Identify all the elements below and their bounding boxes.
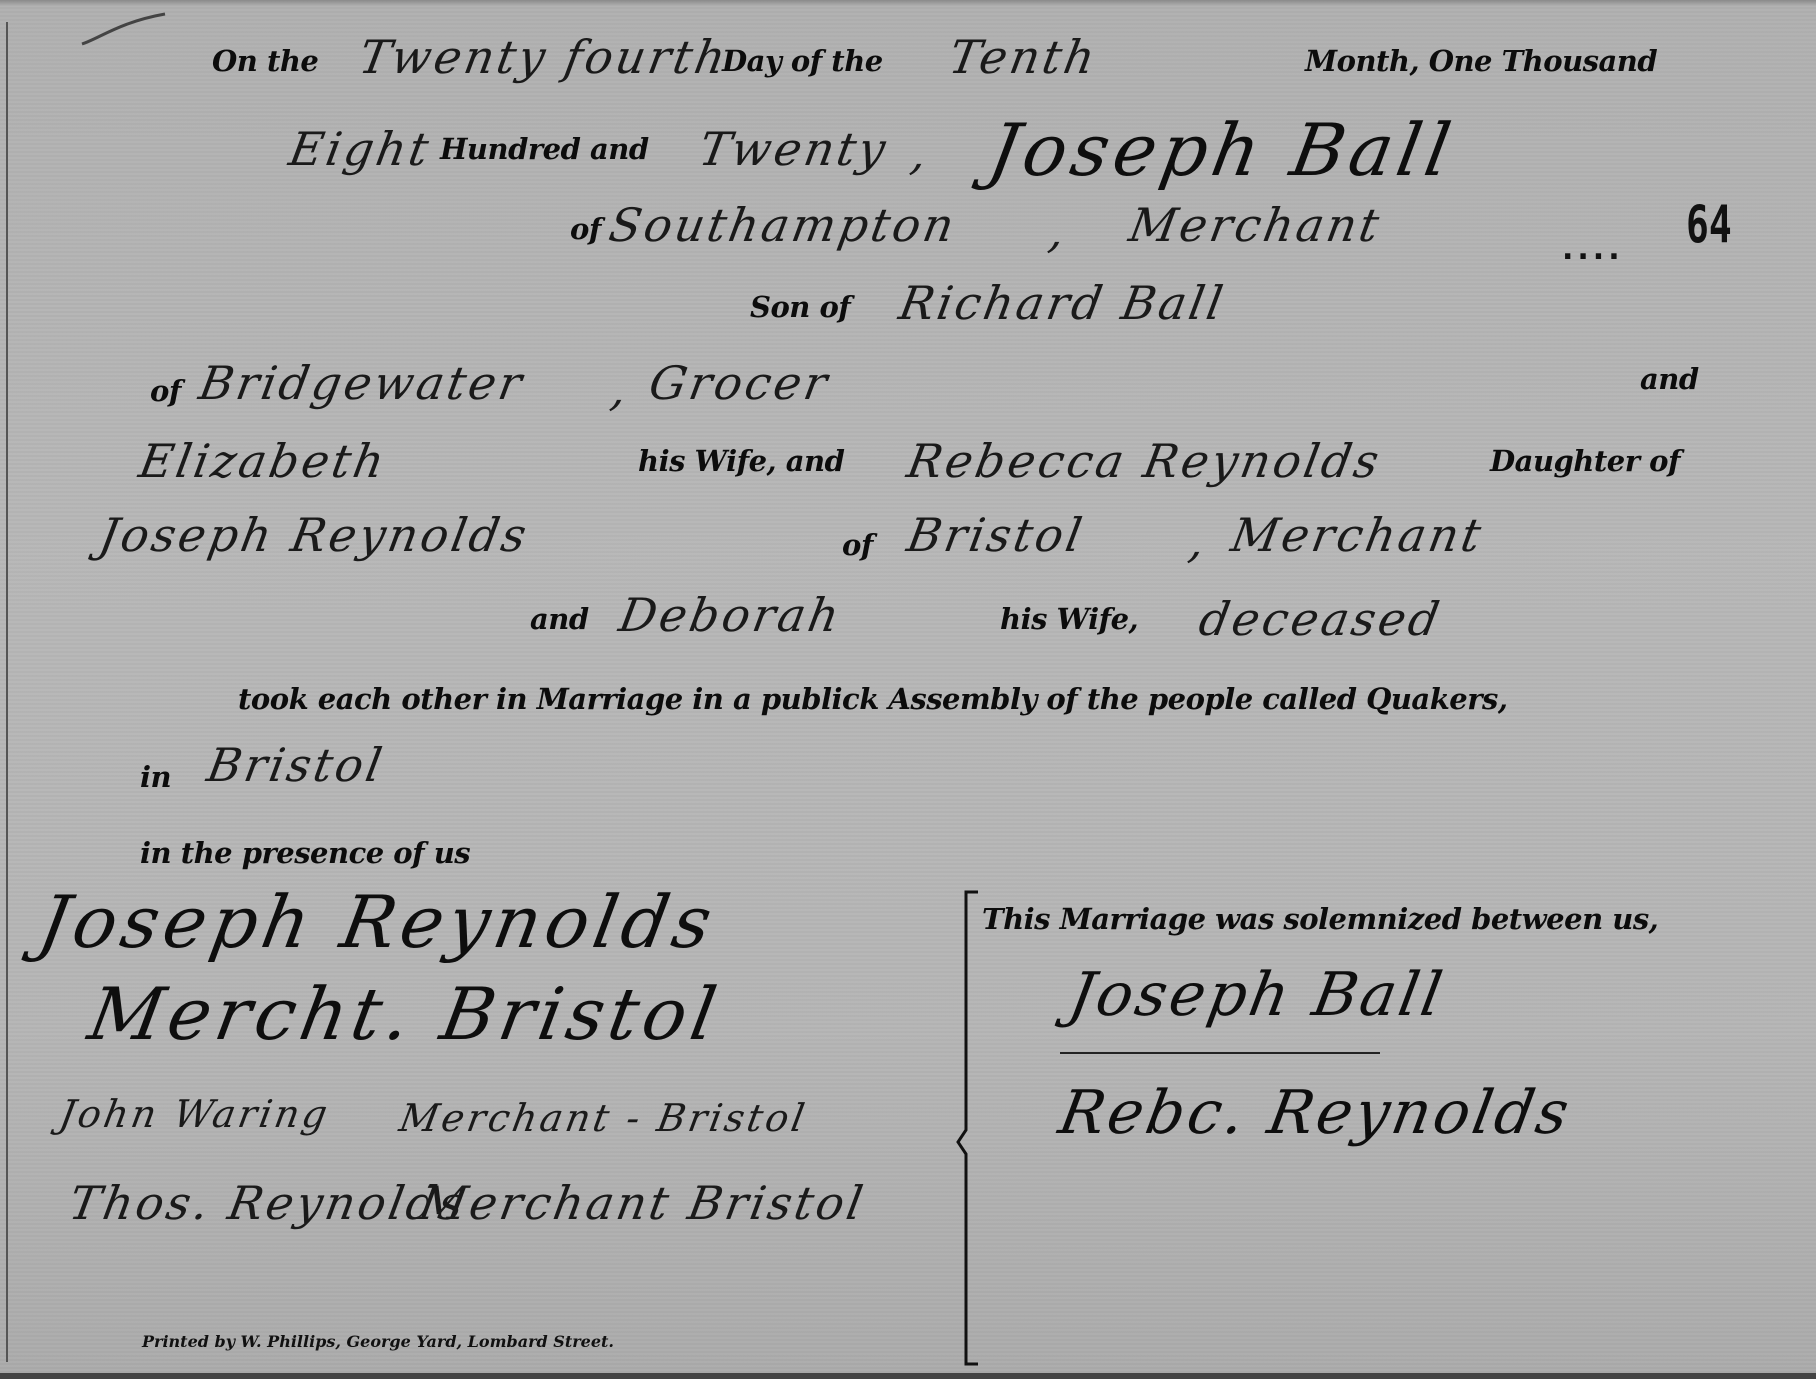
comma-separator: , bbox=[607, 362, 634, 416]
printed-took-each-other: took each other in Marriage in a publick… bbox=[238, 682, 1507, 716]
printed-daughter-of: Daughter of bbox=[1490, 444, 1680, 478]
bride-mother-name: Deborah bbox=[615, 588, 846, 642]
bride-mother-status: deceased bbox=[1195, 592, 1446, 646]
comma-separator: , bbox=[1045, 204, 1072, 258]
groom-occupation: Merchant bbox=[1125, 198, 1386, 252]
printed-month-one-thousand: Month, One Thousand bbox=[1305, 44, 1657, 78]
pen-flourish-mark bbox=[80, 8, 170, 48]
bride-signature: Rebc. Reynolds bbox=[1054, 1078, 1577, 1148]
handwritten-year: Twenty bbox=[695, 122, 892, 176]
printed-of: of bbox=[570, 212, 601, 246]
marriage-place: Bristol bbox=[203, 738, 389, 792]
signature-underline bbox=[1060, 1052, 1380, 1054]
witness-signature-name: Joseph Reynolds bbox=[33, 880, 723, 964]
printed-in-the-presence: in the presence of us bbox=[140, 836, 470, 870]
handwritten-month: Tenth bbox=[945, 30, 1102, 84]
witness-signature-name: John Waring bbox=[56, 1092, 333, 1136]
bride-father-occupation: Merchant bbox=[1227, 508, 1488, 562]
groom-father-occupation: Grocer bbox=[645, 356, 834, 410]
groom-signature: Joseph Ball bbox=[1064, 960, 1450, 1030]
comma-separator: , bbox=[907, 126, 934, 180]
groom-name: Joseph Ball bbox=[983, 108, 1462, 192]
printed-in: in bbox=[140, 760, 171, 794]
bottom-edge bbox=[0, 1373, 1816, 1379]
printed-his-wife-and: his Wife, and bbox=[638, 444, 844, 478]
bride-father-name: Joseph Reynolds bbox=[95, 508, 533, 562]
groom-place: Southampton bbox=[605, 198, 961, 252]
witness-signature-name: Thos. Reynolds bbox=[65, 1176, 470, 1230]
bride-father-place: Bristol bbox=[903, 508, 1089, 562]
witness-signature-detail: Merchant - Bristol bbox=[396, 1096, 811, 1140]
marriage-certificate-page: On the Twenty fourth Day of the Tenth Mo… bbox=[0, 0, 1816, 1379]
printed-his-wife: his Wife, bbox=[1000, 602, 1138, 636]
record-dots: .... bbox=[1562, 232, 1624, 267]
printed-of: of bbox=[842, 528, 873, 562]
printed-day-of-the: Day of the bbox=[722, 44, 883, 78]
witness-signature-detail: Mercht. Bristol bbox=[83, 972, 728, 1056]
printed-hundred-and: Hundred and bbox=[440, 132, 649, 166]
witness-signature-detail: Merchant Bristol bbox=[415, 1176, 869, 1230]
handwritten-eight: Eight bbox=[285, 122, 435, 176]
printed-son-of: Son of bbox=[750, 290, 850, 324]
printed-on-the: On the bbox=[212, 44, 318, 78]
brace-divider bbox=[956, 890, 986, 1370]
bride-name: Rebecca Reynolds bbox=[903, 434, 1386, 488]
groom-parents-place: Bridgewater bbox=[195, 356, 529, 410]
groom-mother-name: Elizabeth bbox=[135, 434, 391, 488]
printed-of: of bbox=[150, 374, 181, 408]
left-margin-rule bbox=[6, 22, 8, 1362]
handwritten-day: Twenty fourth bbox=[355, 30, 732, 84]
printed-and: and bbox=[1640, 362, 1699, 396]
comma-separator: , bbox=[1185, 514, 1212, 568]
printer-imprint: Printed by W. Phillips, George Yard, Lom… bbox=[142, 1332, 614, 1351]
printed-and: and bbox=[530, 602, 589, 636]
groom-father-name: Richard Ball bbox=[895, 276, 1229, 330]
record-number: 64 bbox=[1686, 195, 1732, 254]
top-edge bbox=[0, 0, 1816, 6]
solemnized-heading: This Marriage was solemnized between us, bbox=[982, 902, 1658, 936]
